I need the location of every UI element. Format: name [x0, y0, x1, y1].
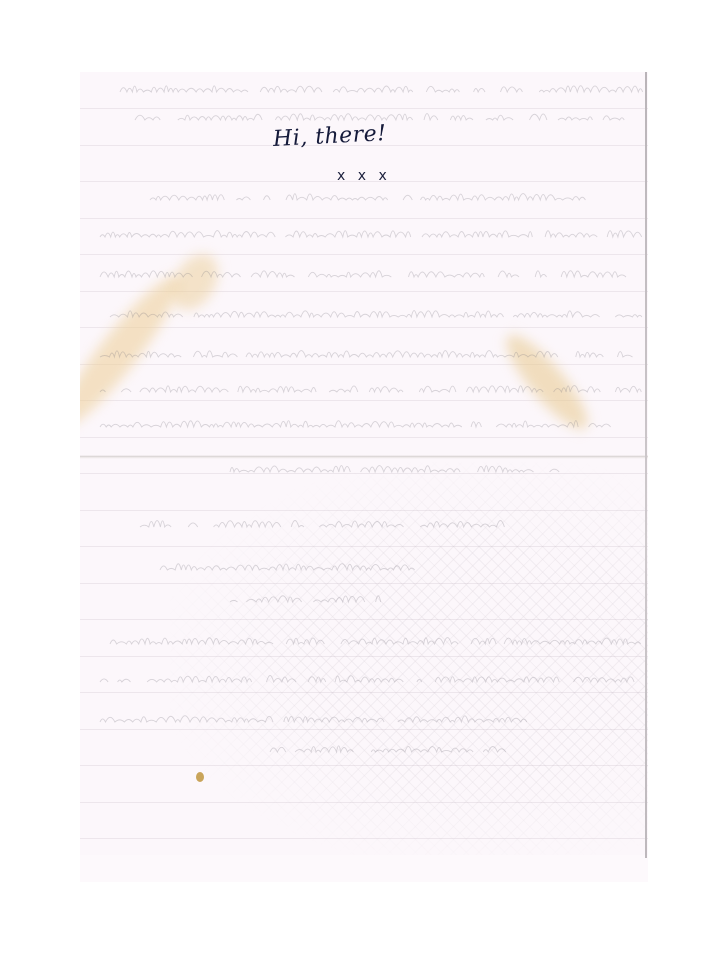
show-through-handwriting [80, 72, 648, 882]
page-bottom-strip [80, 855, 648, 882]
scan-canvas: Hi, there! x x x [0, 0, 720, 960]
letter-page: Hi, there! x x x [80, 72, 648, 882]
ink-spot [196, 772, 204, 782]
paper-edge [645, 72, 647, 858]
signoff-kisses: x x x [337, 168, 391, 184]
